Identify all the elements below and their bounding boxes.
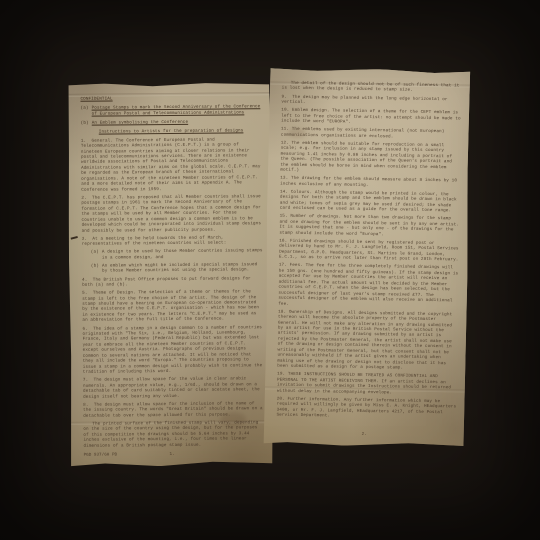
paragraph: The printed surface of the finished stam…	[83, 420, 265, 449]
paragraph: 10. Emblem design. The selection of a th…	[281, 108, 462, 127]
document-page-2: The detail of the design should not be o…	[263, 67, 471, 447]
paragraph-number: 9.	[281, 94, 292, 99]
paragraph-number: 15.	[280, 214, 291, 219]
paragraph-text: At a meeting to be held towards the end …	[82, 235, 227, 247]
paragraph-text: Colours. Although the stamp would be pri…	[280, 190, 457, 214]
paragraph: 17. Fees. The fee for the three complete…	[278, 263, 460, 309]
paragraph-number: (b)	[91, 264, 99, 275]
confidential-heading: CONFIDENTIAL	[80, 95, 262, 102]
paragraph-text: The C.E.P.T. has proposed that all Membe…	[81, 194, 261, 233]
paragraph: (a)A design to be used by those Member c…	[91, 248, 264, 260]
paragraph-number: 7.	[83, 378, 94, 383]
paragraph-number: 13.	[280, 176, 291, 181]
paragraph-number: 12.	[281, 140, 292, 145]
page-2-footer: 2.	[276, 431, 452, 441]
paragraph: 5. Theme of Design. The selection of a t…	[82, 289, 264, 323]
page-number: 1.	[84, 451, 261, 458]
paragraph-text: Number of drawings. Not more than two dr…	[279, 214, 459, 237]
paragraph-text: An Emblem symbolising the Conference	[92, 119, 188, 125]
paragraph-text: The emblems used by existing internation…	[281, 127, 445, 139]
paragraph-number: 5.	[82, 291, 93, 296]
title-a: (a)Postage Stamps to mark the Second Ann…	[81, 104, 263, 116]
document-page-1: CONFIDENTIAL(a)Postage Stamps to mark th…	[67, 82, 273, 467]
page-1-text: CONFIDENTIAL(a)Postage Stamps to mark th…	[80, 95, 265, 451]
paragraph-text: THESE INSTRUCTIONS SHOULD BE TREATED AS …	[277, 372, 451, 395]
paragraph-number: 8.	[83, 402, 94, 407]
paragraph-text: The design must allow space for the incl…	[83, 401, 263, 418]
paragraph-text: The design must allow space for the valu…	[83, 377, 260, 400]
paragraph: 9. The design may be planned with the lo…	[281, 94, 462, 108]
paragraph-text: Postage Stamps to mark the Second Annive…	[92, 104, 263, 116]
handwritten-margin-mark	[71, 236, 78, 239]
paragraph-text: Emblem design. The selection of a theme …	[281, 108, 461, 125]
paragraph-text: The emblem should be suitable for reprod…	[280, 141, 452, 173]
title-b: (b)An Emblem symbolising the Conference	[81, 119, 263, 126]
paragraph-text: Instructions to Artists for the preparat…	[99, 128, 244, 134]
paragraph: 19. THESE INSTRUCTIONS SHOULD BE TREATED…	[277, 372, 458, 397]
paragraph-number: 19.	[277, 372, 288, 377]
paragraph-number: (b)	[81, 120, 89, 126]
paragraph-text: Finished drawings should be sent by regi…	[279, 239, 459, 263]
paragraph-number: 3.	[82, 236, 93, 241]
paragraph-text: Fees. The fee for the three completely f…	[278, 263, 458, 306]
paragraph: 1. General. The Conference of European P…	[81, 137, 263, 193]
photograph-of-document: CONFIDENTIAL(a)Postage Stamps to mark th…	[0, 0, 540, 540]
paragraph-text: CONFIDENTIAL	[80, 96, 112, 101]
paragraph-text: Theme of Design. The selection of a them…	[82, 289, 259, 323]
paragraph-text: The detail of the design should not be o…	[282, 81, 463, 95]
paragraph: 15. Number of drawings. Not more than tw…	[279, 214, 460, 239]
paragraph: 8. The design must allow space for the i…	[83, 401, 265, 419]
paragraph: 6. The idea of a stamp in a design commo…	[82, 325, 264, 376]
paragraph: 2. The C.E.P.T. has proposed that all Me…	[81, 194, 263, 234]
paragraph-text: The drawing for the emblem should measur…	[280, 176, 457, 188]
paragraph: 3. At a meeting to be held towards the e…	[82, 235, 264, 247]
paragraph-text: The printed surface of the finished stam…	[83, 420, 265, 449]
paragraph: 18. Ownership of Designs. All designs su…	[277, 309, 459, 372]
paragraph: 20. Further information. Any further inf…	[276, 396, 457, 421]
paragraph: 7. The design must allow space for the v…	[83, 376, 265, 399]
paragraph: The detail of the design should not be o…	[282, 81, 463, 95]
paragraph-text: General. The Conference of European Post…	[81, 137, 261, 192]
paragraph-number: 11.	[281, 127, 292, 132]
subtitle: Instructions to Artists for the preparat…	[99, 128, 263, 135]
paragraph: 4. The British Post Office proposes to p…	[82, 276, 264, 288]
paragraph-number: 1.	[81, 138, 92, 143]
paragraph-number: 6.	[82, 326, 93, 331]
paragraph-number: (a)	[91, 250, 99, 261]
page-2-text: The detail of the design should not be o…	[276, 81, 462, 424]
paragraph-text: The British Post Office proposes to put …	[82, 276, 251, 288]
paragraph-number: 17.	[279, 263, 290, 268]
paragraph: (b)An emblem which might be included in …	[91, 262, 264, 274]
paragraph-number: 2.	[81, 196, 92, 201]
paragraph: 11. The emblems used by existing interna…	[281, 127, 462, 141]
paragraph-number: 14.	[280, 189, 291, 194]
paragraph-text: The idea of a stamp in a design common t…	[82, 325, 262, 375]
paragraph-text: A design to be used by those Member coun…	[102, 248, 264, 260]
paragraph-number: 20.	[277, 396, 288, 401]
paragraph-text: Further information. Any further informa…	[276, 397, 456, 419]
paragraph-number: 10.	[281, 108, 292, 113]
paragraph-text: An emblem which might be included in spe…	[102, 262, 264, 274]
paragraph: 13. The drawing for the emblem should me…	[280, 176, 461, 190]
paragraph-number: (a)	[81, 106, 89, 117]
paragraph-text: Ownership of Designs. All designs submit…	[277, 309, 452, 370]
page-1-footer: PGD 937/60 PB 1.	[84, 451, 261, 460]
page-number: 2.	[276, 431, 452, 439]
paragraph-number: 18.	[278, 309, 289, 314]
paragraph: 14. Colours. Although the stamp would be…	[280, 189, 461, 214]
paragraph: 12. The emblem should be suitable for re…	[280, 140, 461, 176]
paragraph-text: The design may be planned with the long …	[281, 94, 447, 105]
paragraph-number: 4.	[82, 277, 93, 282]
paragraph: 16. Finished drawings should be sent by …	[279, 238, 460, 263]
paragraph-number: 16.	[279, 238, 290, 243]
